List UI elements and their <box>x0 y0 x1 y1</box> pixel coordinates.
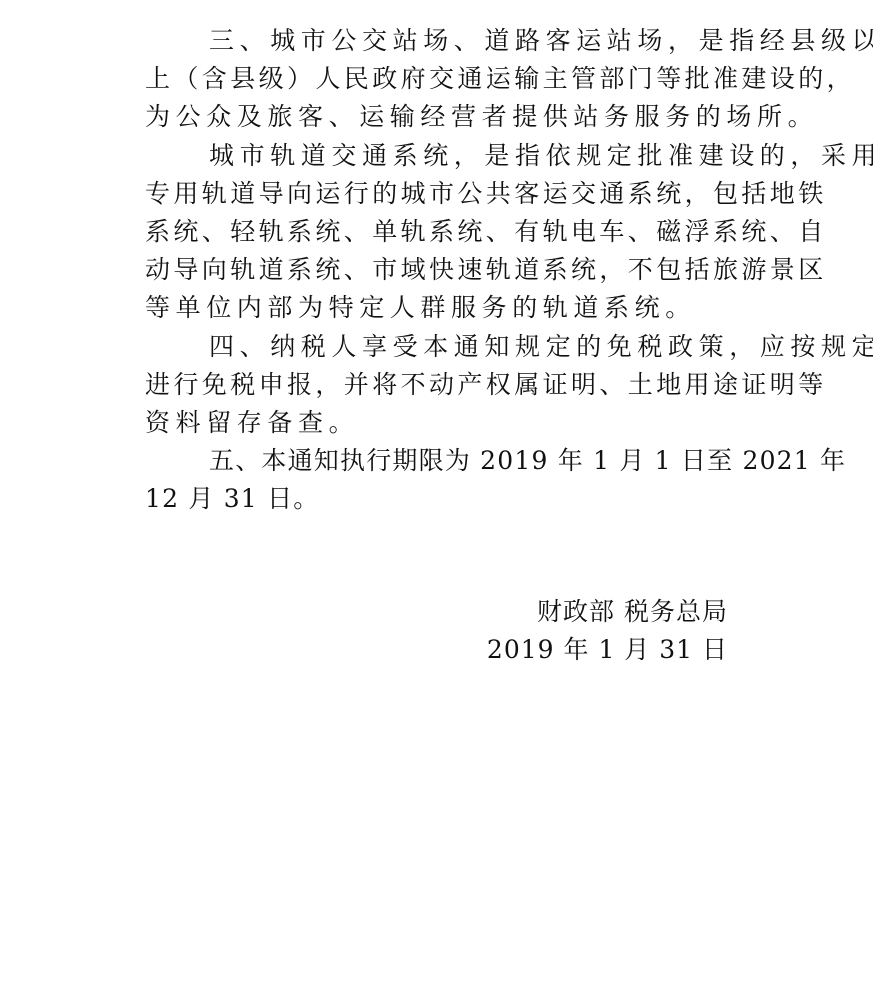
paragraph-section-4: 四、纳税人享受本通知规定的免税政策，应按规定 进行免税申报，并将不动产权属证明、… <box>145 328 729 443</box>
document-body: 三、城市公交站场、道路客运站场，是指经县级以 上（含县级）人民政府交通运输主管部… <box>145 22 729 518</box>
paragraph-section-5: 五、本通知执行期限为 2019 年 1 月 1 日至 2021 年 12 月 3… <box>145 442 729 518</box>
text-line: 进行免税申报，并将不动产权属证明、土地用途证明等 <box>145 366 729 404</box>
paragraph-section-3: 三、城市公交站场、道路客运站场，是指经县级以 上（含县级）人民政府交通运输主管部… <box>145 22 729 137</box>
document-page: 三、城市公交站场、道路客运站场，是指经县级以 上（含县级）人民政府交通运输主管部… <box>0 0 873 982</box>
text-line: 资料留存备查。 <box>145 404 729 442</box>
text-line: 上（含县级）人民政府交通运输主管部门等批准建设的， <box>145 60 729 98</box>
text-line: 三、城市公交站场、道路客运站场，是指经县级以 <box>145 22 729 60</box>
text-line: 五、本通知执行期限为 2019 年 1 月 1 日至 2021 年 <box>145 442 729 480</box>
text-line: 12 月 31 日。 <box>145 480 729 518</box>
text-line: 为公众及旅客、运输经营者提供站务服务的场所。 <box>145 98 729 136</box>
text-line: 专用轨道导向运行的城市公共客运交通系统，包括地铁 <box>145 175 729 213</box>
text-line: 四、纳税人享受本通知规定的免税政策，应按规定 <box>145 328 729 366</box>
signature-issuers: 财政部 税务总局 <box>537 592 728 628</box>
text-line: 系统、轻轨系统、单轨系统、有轨电车、磁浮系统、自 <box>145 213 729 251</box>
text-line: 等单位内部为特定人群服务的轨道系统。 <box>145 289 729 327</box>
text-line: 城市轨道交通系统，是指依规定批准建设的，采用 <box>145 137 729 175</box>
signature-date: 2019 年 1 月 31 日 <box>487 630 728 666</box>
text-line: 动导向轨道系统、市域快速轨道系统，不包括旅游景区 <box>145 251 729 289</box>
paragraph-rail-transit-definition: 城市轨道交通系统，是指依规定批准建设的，采用 专用轨道导向运行的城市公共客运交通… <box>145 137 729 328</box>
